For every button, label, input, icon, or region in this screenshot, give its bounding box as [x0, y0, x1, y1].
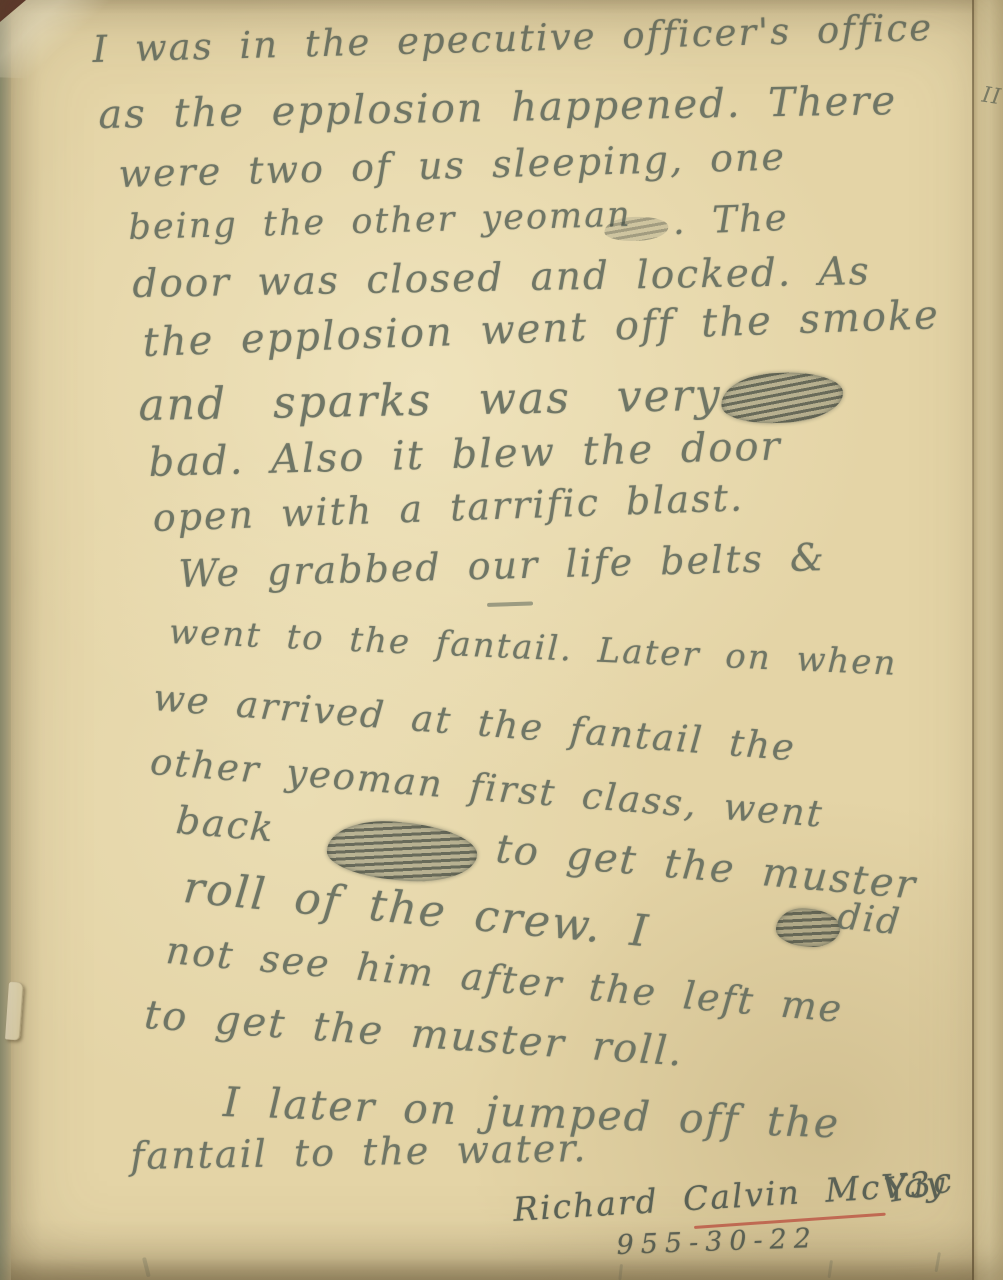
page-number-mark: II [980, 83, 1003, 111]
handwritten-line-7: and sparks was very [138, 370, 722, 431]
scanned-document-page: II I was in the epecutive officer's offi… [0, 0, 1003, 1280]
next-page-edge [973, 0, 1003, 1280]
handwritten-line-15b: did [836, 896, 904, 943]
page-crease-line [972, 0, 974, 1280]
page-underlay-left-edge [0, 0, 11, 1280]
handwritten-line-19: fantail to the water. [130, 1126, 588, 1178]
handwritten-line-14a: back [174, 798, 277, 850]
handwritten-line-4b: . The [672, 196, 789, 243]
